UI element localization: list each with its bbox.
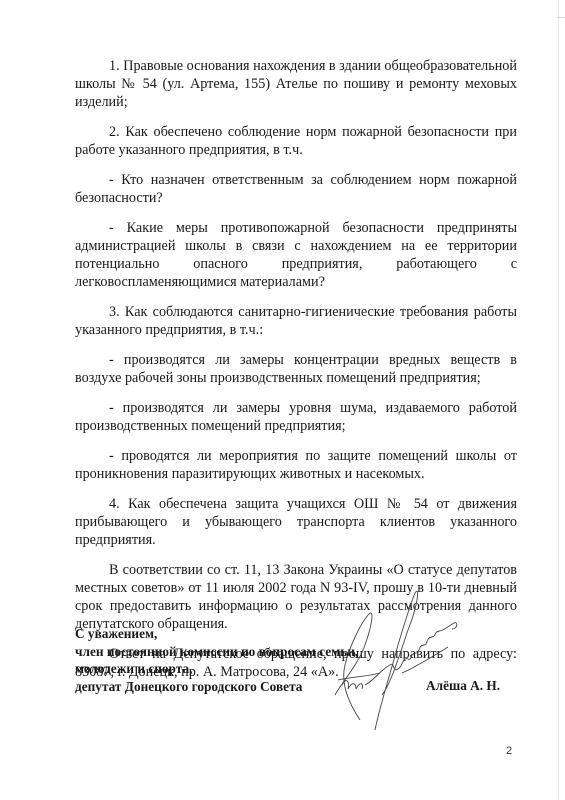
paragraph-item-1: 1. Правовые основания нахождения в здани…: [75, 57, 517, 111]
closing-salutation: С уважением,: [75, 625, 358, 643]
page-edge-line: [558, 0, 559, 800]
page-edge-tick: [557, 17, 565, 18]
paragraph-subitem-fire-measures: - Какие меры противопожарной безопасност…: [75, 219, 517, 291]
document-page: 1. Правовые основания нахождения в здани…: [0, 0, 565, 800]
paragraph-item-3: 3. Как соблюдаются санитарно-гигиеническ…: [75, 303, 517, 339]
paragraph-item-2: 2. Как обеспечено соблюдение норм пожарн…: [75, 123, 517, 159]
paragraph-subitem-pest-protection: - проводятся ли мероприятия по защите по…: [75, 447, 517, 483]
closing-position-line-3: депутат Донецкого городского Совета: [75, 678, 358, 696]
closing-block: С уважением, член постоянной комиссии по…: [75, 625, 358, 695]
paragraph-subitem-air-measurements: - производятся ли замеры концентрации вр…: [75, 351, 517, 387]
closing-position-line-2: молодежи и спорта,: [75, 660, 358, 678]
page-number: 2: [506, 745, 512, 757]
paragraph-subitem-fire-responsible: - Кто назначен ответственным за соблюден…: [75, 171, 517, 207]
paragraph-item-4: 4. Как обеспечена защита учащихся ОШ № 5…: [75, 495, 517, 549]
signer-name: Алёша А. Н.: [426, 678, 500, 694]
paragraph-subitem-noise-measurements: - производятся ли замеры уровня шума, из…: [75, 399, 517, 435]
closing-position-line-1: член постоянной комиссии по вопросам сем…: [75, 643, 358, 661]
handwritten-signature-icon: [320, 585, 470, 735]
